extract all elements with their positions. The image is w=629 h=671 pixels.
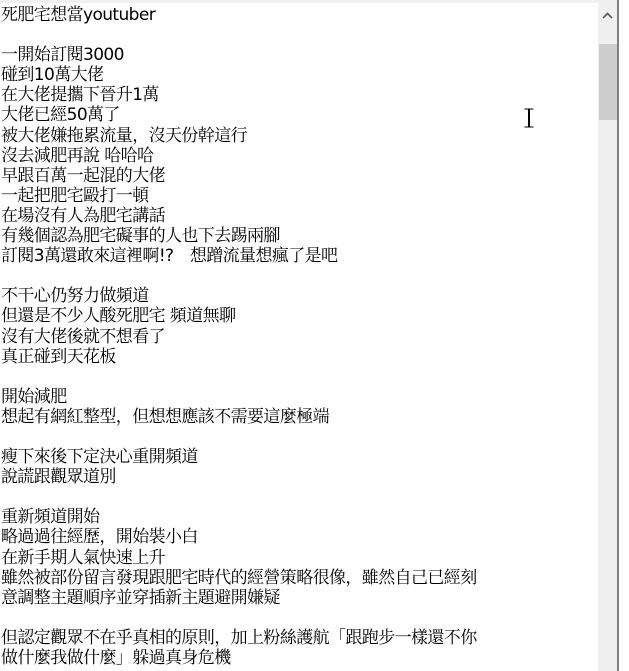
- text-line: 想起有網紅整型，但想想應該不需要這麼極端: [1, 407, 477, 427]
- text-line: 死肥宅想當youtuber: [1, 5, 477, 25]
- window-edge: [619, 0, 629, 671]
- text-line: 早跟百萬一起混的大佬: [1, 166, 477, 186]
- text-line: [1, 427, 477, 447]
- text-line: 在場沒有人為肥宅講話: [1, 206, 477, 226]
- text-line: 被大佬嫌拖累流量，沒天份幹這行: [1, 126, 477, 146]
- text-line: 做什麼我做什麼」躲過真身危機: [1, 648, 477, 668]
- text-line: 略過過往經歷，開始裝小白: [1, 527, 477, 547]
- text-line: 有幾個認為肥宅礙事的人也下去踢兩腳: [1, 226, 477, 246]
- document-text[interactable]: 死肥宅想當youtuber 一開始訂閱3000碰到10萬大佬在大佬提攜下晉升1萬…: [1, 5, 477, 668]
- text-line: 大佬已經50萬了: [1, 105, 477, 125]
- text-line: [1, 266, 477, 286]
- text-line: 重新頻道開始: [1, 507, 477, 527]
- text-line: 說謊跟觀眾道別: [1, 467, 477, 487]
- text-line: [1, 487, 477, 507]
- scrollbar-thumb[interactable]: [599, 44, 617, 120]
- text-line: 沒去減肥再說 哈哈哈: [1, 146, 477, 166]
- text-line: 雖然被部份留言發現跟肥宅時代的經營策略很像，雖然自己已經刻: [1, 568, 477, 588]
- chevron-up-icon: [602, 12, 613, 19]
- text-line: [1, 608, 477, 628]
- text-line: 一開始訂閱3000: [1, 45, 477, 65]
- text-line: 在大佬提攜下晉升1萬: [1, 85, 477, 105]
- text-line: 意調整主題順序並穿插新主題避開嫌疑: [1, 588, 477, 608]
- text-line: 訂閱3萬還敢來這裡啊!? 想蹭流量想瘋了是吧: [1, 246, 477, 266]
- text-line: 一起把肥宅毆打一頓: [1, 186, 477, 206]
- text-line: 但還是不少人酸死肥宅 頻道無聊: [1, 306, 477, 326]
- text-editor-area[interactable]: 死肥宅想當youtuber 一開始訂閱3000碰到10萬大佬在大佬提攜下晉升1萬…: [0, 3, 598, 671]
- vertical-scrollbar[interactable]: [598, 0, 617, 671]
- text-line: 但認定觀眾不在乎真相的原則，加上粉絲護航「跟跑步一樣還不你: [1, 628, 477, 648]
- text-ibeam-cursor-icon: [521, 106, 537, 130]
- text-line: 瘦下來後下定決心重開頻道: [1, 447, 477, 467]
- text-line: [1, 367, 477, 387]
- scroll-up-button[interactable]: [598, 0, 617, 30]
- text-line: 沒有大佬後就不想看了: [1, 327, 477, 347]
- text-line: 開始減肥: [1, 387, 477, 407]
- text-line: 碰到10萬大佬: [1, 65, 477, 85]
- text-line: 真正碰到天花板: [1, 347, 477, 367]
- text-line: [1, 25, 477, 45]
- text-line: 不干心仍努力做頻道: [1, 286, 477, 306]
- text-line: 在新手期人氣快速上升: [1, 548, 477, 568]
